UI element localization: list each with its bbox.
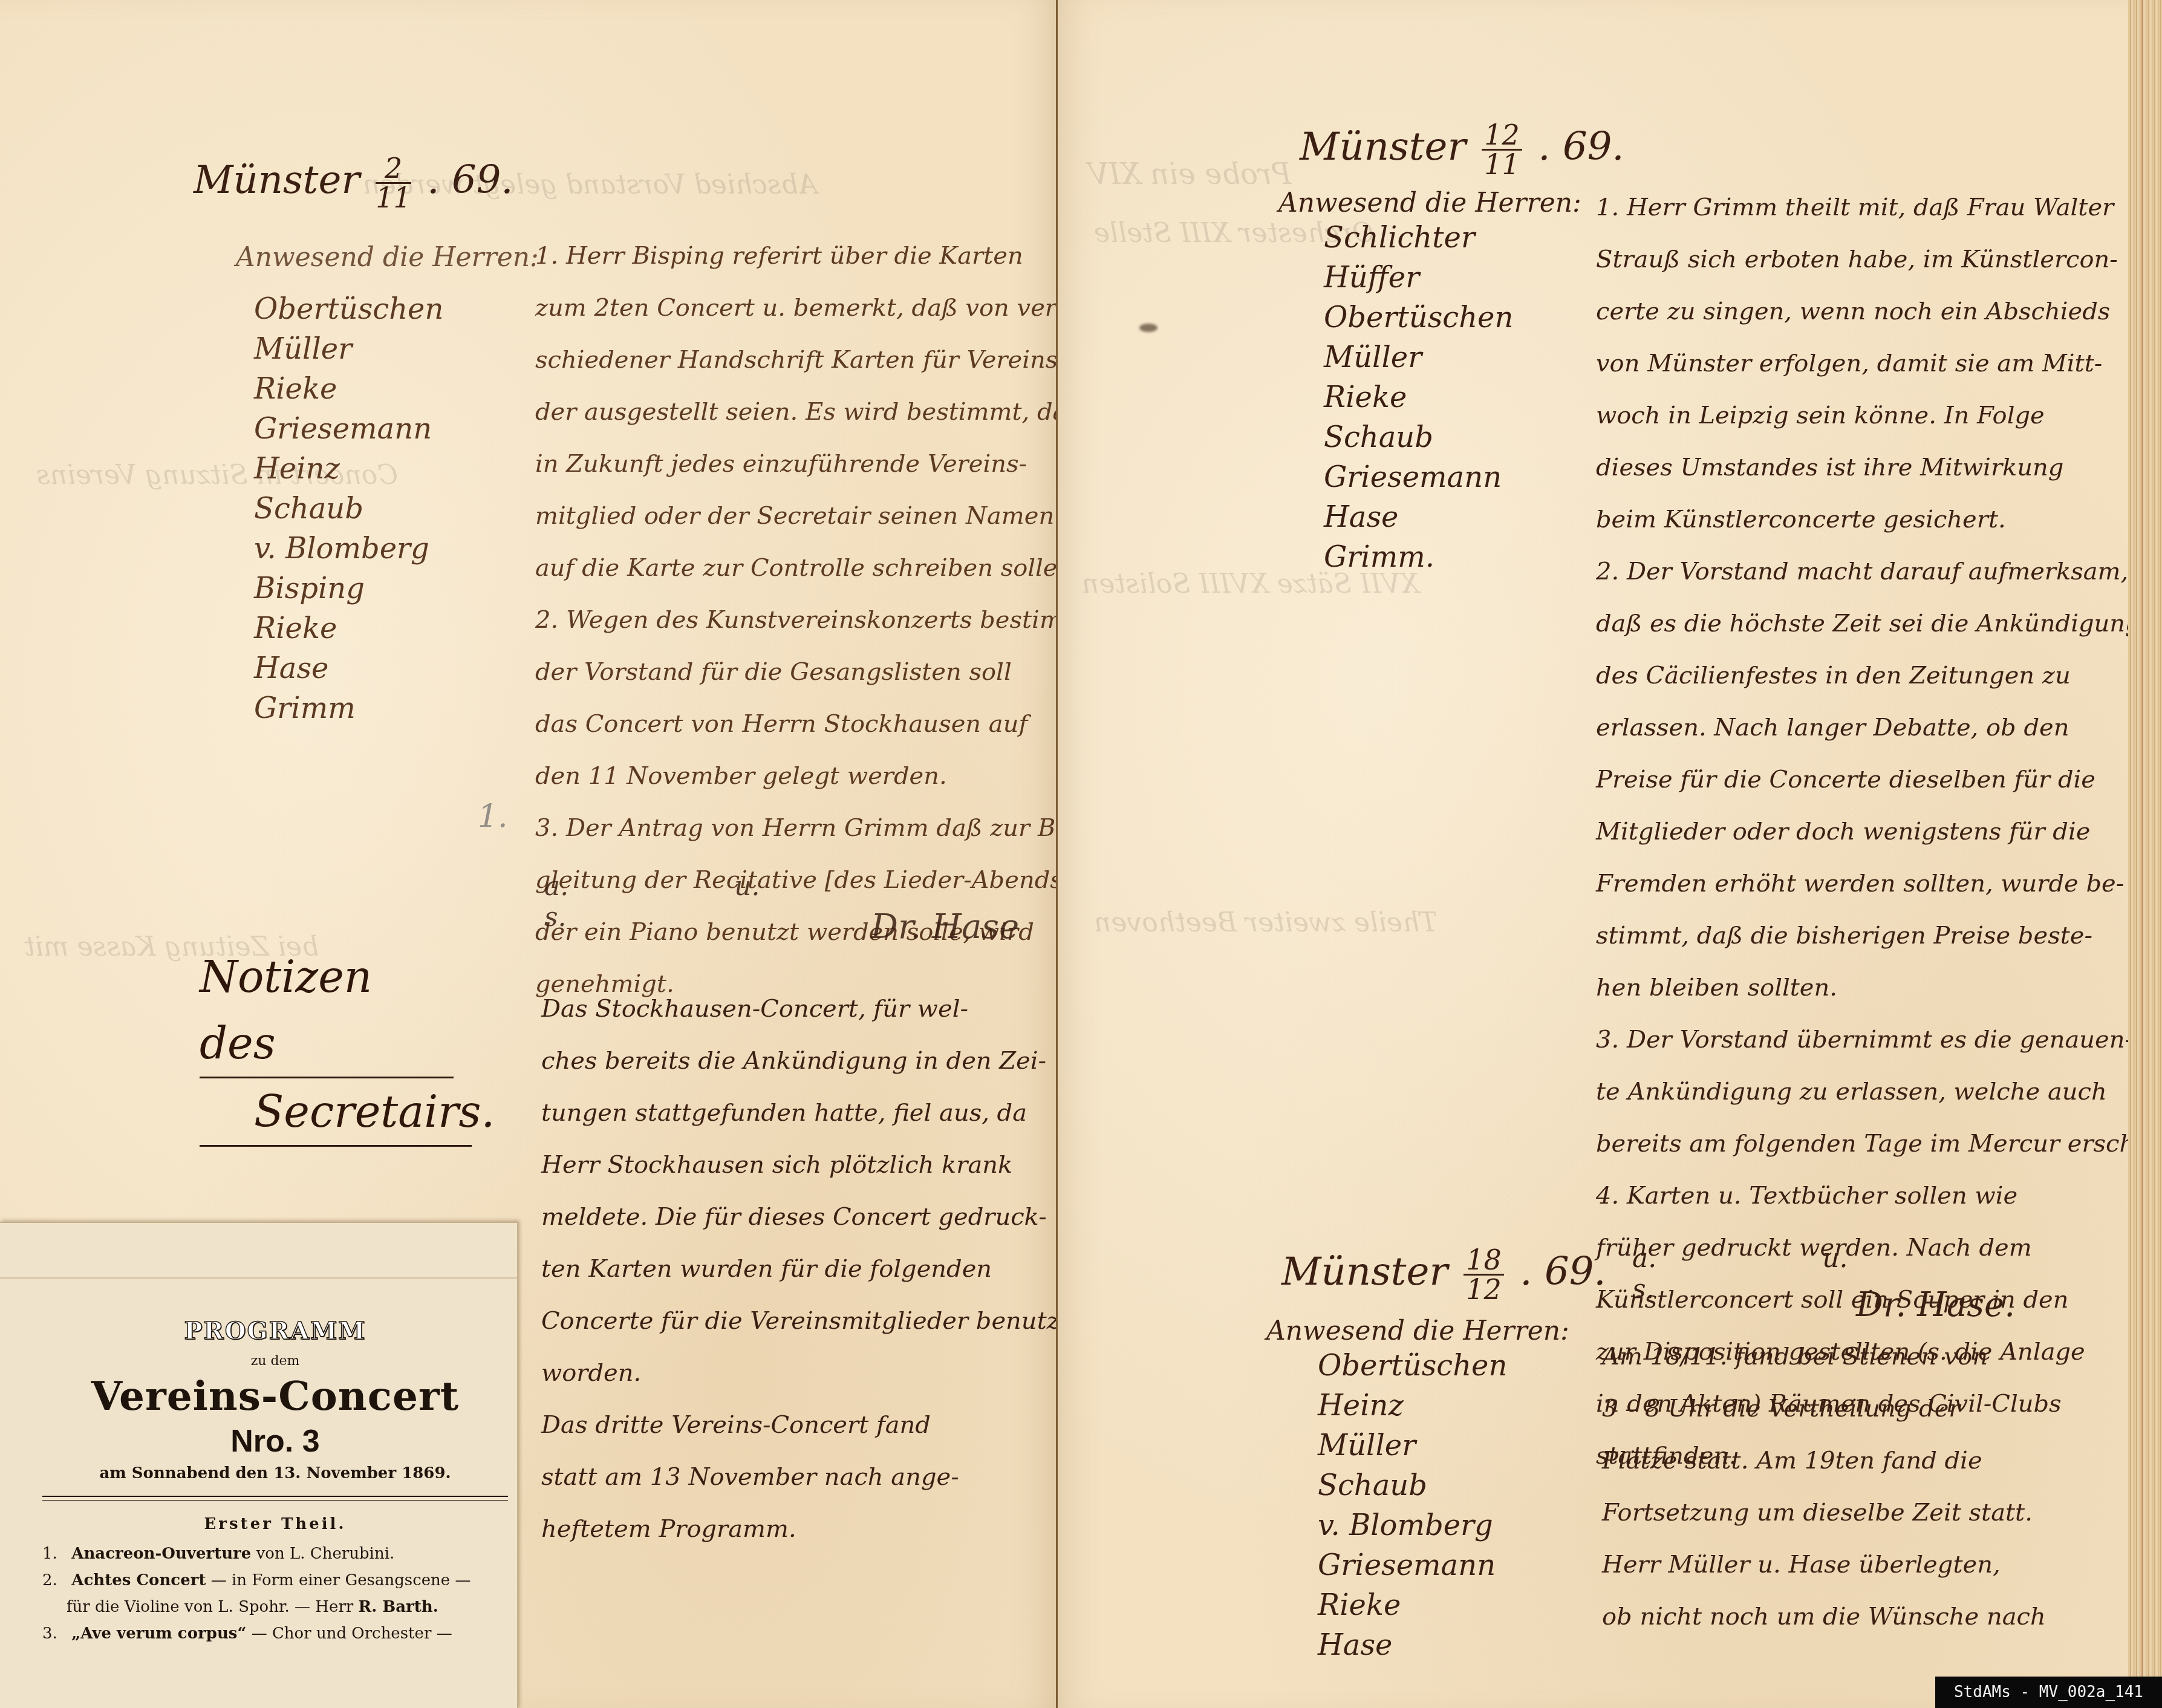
notes-line: Concerte für die Vereinsmitglieder benut… <box>541 1295 1069 1347</box>
attendee: Bisping <box>254 569 443 608</box>
programme-subtitle: zu dem <box>42 1354 508 1369</box>
left-page: Abschied Vorstand gelegt werden Concert … <box>0 0 1057 1708</box>
date-fraction: 2 11 <box>376 154 411 212</box>
date-fraction: 18 12 <box>1464 1246 1504 1303</box>
attendee-list: Schlichter Hüffer Obertüschen Müller Rie… <box>1324 218 1513 577</box>
heading-line-1: Notizen des <box>200 944 454 1078</box>
attendee: Schlichter <box>1324 218 1513 258</box>
secretary-notes-heading: Notizen des Secretairs. <box>200 944 472 1147</box>
minutes-line: Fremden erhöht werden sollten, wurde be- <box>1596 858 2162 910</box>
notes-line: ten Karten wurden für die folgenden <box>541 1243 1069 1295</box>
note-line: Plätze statt. Am 19ten fand die <box>1602 1435 2046 1487</box>
bleed-through-text: Probe ein XIV <box>1088 157 1291 191</box>
secretary-notes-text: Das Stockhausen-Concert, für wel- ches b… <box>541 983 1069 1555</box>
attendee: Griesemann <box>1324 457 1513 497</box>
closing-u: u. <box>734 871 760 902</box>
closing-s: s. <box>544 902 567 933</box>
attendee: Heinz <box>254 449 443 489</box>
closing-u: u. <box>1822 1243 1848 1274</box>
signature: Dr. Hase. <box>1856 1285 2015 1325</box>
minutes-line: des Cäcilienfestes in den Zeitungen zu <box>1596 650 2162 702</box>
minutes-line: 4. Karten u. Textbücher sollen wie <box>1596 1170 2162 1222</box>
note-line: 3 – 8 Uhr die Vertheilung der <box>1602 1383 2046 1435</box>
notes-line: Das Stockhausen-Concert, für wel- <box>541 983 1069 1035</box>
margin-pencil-mark: 1. <box>478 798 508 835</box>
attendee: Rieke <box>254 369 443 409</box>
pasted-concert-programme: PROGRAMM zu dem Vereins-Concert Nro. 3 a… <box>0 1222 518 1708</box>
closing-a: a. <box>1632 1243 1656 1274</box>
minutes-line: stimmt, daß die bisherigen Preise beste- <box>1596 910 2162 962</box>
attendee-list: Obertüschen Heinz Müller Schaub v. Blomb… <box>1318 1346 1507 1665</box>
attendee: Grimm. <box>1324 537 1513 577</box>
attendee: Müller <box>254 329 443 369</box>
notes-line: Das dritte Vereins-Concert fand <box>541 1399 1069 1451</box>
attendee: Obertüschen <box>254 289 443 329</box>
programme-divider <box>42 1496 508 1501</box>
attendee: Schaub <box>1324 417 1513 457</box>
notes-line: meldete. Die für dieses Concert gedruck- <box>541 1191 1069 1243</box>
minutes-line: 2. Der Vorstand macht darauf aufmerksam, <box>1596 546 2162 598</box>
paper-fold-line <box>0 1277 517 1279</box>
note-line: Fortsetzung um dieselbe Zeit statt. <box>1602 1487 2046 1539</box>
notes-line: worden. <box>541 1347 1069 1399</box>
attendee: Hase <box>1324 497 1513 537</box>
minutes-line: Mitglieder oder doch wenigstens für die <box>1596 806 2162 858</box>
minutes-line: 1. Herr Grimm theilt mit, daß Frau Walte… <box>1596 181 2162 233</box>
minutes-line: te Ankündigung zu erlassen, welche auch <box>1596 1066 2162 1118</box>
minutes-line: dieses Umstandes ist ihre Mitwirkung <box>1596 442 2162 494</box>
note-line: Herr Müller u. Hase überlegten, <box>1602 1539 2046 1591</box>
attendance-heading: Anwesend die Herren: <box>236 242 539 273</box>
note-line: Am 18/11. fand bei Stienen von <box>1602 1331 2046 1383</box>
programme-title: PROGRAMM <box>42 1317 508 1345</box>
ink-blot <box>1139 324 1158 332</box>
programme-concert-name: Vereins-Concert <box>42 1372 508 1420</box>
attendance-heading: Anwesend die Herren: <box>1266 1315 1569 1346</box>
programme-item: 3. „Ave verum corpus“ — Chor und Orchest… <box>42 1620 508 1647</box>
attendee: Rieke <box>1324 377 1513 417</box>
notes-line: statt am 13 November nach ange- <box>541 1451 1069 1503</box>
archive-label: StdAMs - MV_002a_141 <box>1935 1677 2162 1708</box>
attendee: Griesemann <box>1318 1545 1507 1585</box>
meeting-date-heading: Münster 18 12 . 69. <box>1281 1246 1606 1303</box>
seat-allocation-note: Am 18/11. fand bei Stienen von 3 – 8 Uhr… <box>1602 1331 2046 1643</box>
minutes-line: Preise für die Concerte dieselben für di… <box>1596 754 2162 806</box>
attendee: Obertüschen <box>1318 1346 1507 1386</box>
book-page-edges <box>2128 0 2162 1708</box>
attendee: v. Blomberg <box>1318 1505 1507 1545</box>
minutes-line: woch in Leipzig sein könne. In Folge <box>1596 390 2162 442</box>
attendee: Grimm <box>254 688 443 728</box>
attendee: Rieke <box>254 608 443 648</box>
heading-line-2: Secretairs. <box>200 1078 472 1147</box>
minutes-line: von Münster erfolgen, damit sie am Mitt- <box>1596 337 2162 390</box>
attendee: v. Blomberg <box>254 529 443 569</box>
programme-item-continuation: für die Violine von L. Spohr. — Herr R. … <box>42 1594 508 1620</box>
minutes-line: hen bleiben sollten. <box>1596 962 2162 1014</box>
meeting-date-heading: Münster 2 11 . 69. <box>194 154 513 212</box>
note-line: ob nicht noch um die Wünsche nach <box>1602 1591 2046 1643</box>
closing-a: a. <box>544 871 568 902</box>
minutes-line: daß es die höchste Zeit sei die Ankündig… <box>1596 598 2162 650</box>
attendee: Hase <box>1318 1625 1507 1665</box>
bleed-through-text: Theile zweiter Beethoven <box>1094 907 1438 938</box>
attendee: Rieke <box>1318 1585 1507 1625</box>
notes-line: Herr Stockhausen sich plötzlich krank <box>541 1139 1069 1191</box>
attendee: Schaub <box>254 489 443 529</box>
programme-item: 1. Anacreon-Ouverture von L. Cherubini. <box>42 1540 508 1567</box>
minutes-line: Strauß sich erboten habe, im Künstlercon… <box>1596 233 2162 285</box>
closing-s: s. <box>1632 1274 1655 1305</box>
programme-part-heading: Erster Theil. <box>42 1515 508 1533</box>
attendee: Heinz <box>1318 1386 1507 1426</box>
attendee: Müller <box>1324 337 1513 377</box>
programme-item: 2. Achtes Concert — in Form einer Gesang… <box>42 1567 508 1594</box>
minutes-line: 3. Der Vorstand übernimmt es die genauen… <box>1596 1014 2162 1066</box>
attendee: Müller <box>1318 1426 1507 1465</box>
minutes-line: certe zu singen, wenn noch ein Abschieds <box>1596 285 2162 337</box>
attendee-list: Obertüschen Müller Rieke Griesemann Hein… <box>254 289 443 728</box>
attendee: Schaub <box>1318 1465 1507 1505</box>
notes-line: ches bereits die Ankündigung in den Zei- <box>541 1035 1069 1087</box>
notes-line: tungen stattgefunden hatte, fiel aus, da <box>541 1087 1069 1139</box>
right-page: Probe ein XIV Orchester XIII Stelle XVII… <box>1058 0 2128 1708</box>
signature: Dr. Hase <box>871 907 1019 947</box>
attendance-heading: Anwesend die Herren: <box>1278 187 1581 218</box>
programme-date: am Sonnabend den 13. November 1869. <box>42 1464 508 1482</box>
minutes-line: bereits am folgenden Tage im Mercur ersc… <box>1596 1118 2162 1170</box>
minutes-line: beim Künstlerconcerte gesichert. <box>1596 494 2162 546</box>
meeting-date-heading: Münster 12 11 . 69. <box>1300 121 1624 178</box>
programme-number: Nro. 3 <box>42 1423 508 1459</box>
book-spread: Abschied Vorstand gelegt werden Concert … <box>0 0 2162 1708</box>
attendee: Hüffer <box>1324 258 1513 298</box>
attendee: Griesemann <box>254 409 443 449</box>
attendee: Obertüschen <box>1324 298 1513 337</box>
programme-items: 1. Anacreon-Ouverture von L. Cherubini. … <box>42 1540 508 1647</box>
date-fraction: 12 11 <box>1482 121 1522 178</box>
minutes-line: erlassen. Nach langer Debatte, ob den <box>1596 702 2162 754</box>
attendee: Hase <box>254 648 443 688</box>
notes-line: heftetem Programm. <box>541 1503 1069 1555</box>
